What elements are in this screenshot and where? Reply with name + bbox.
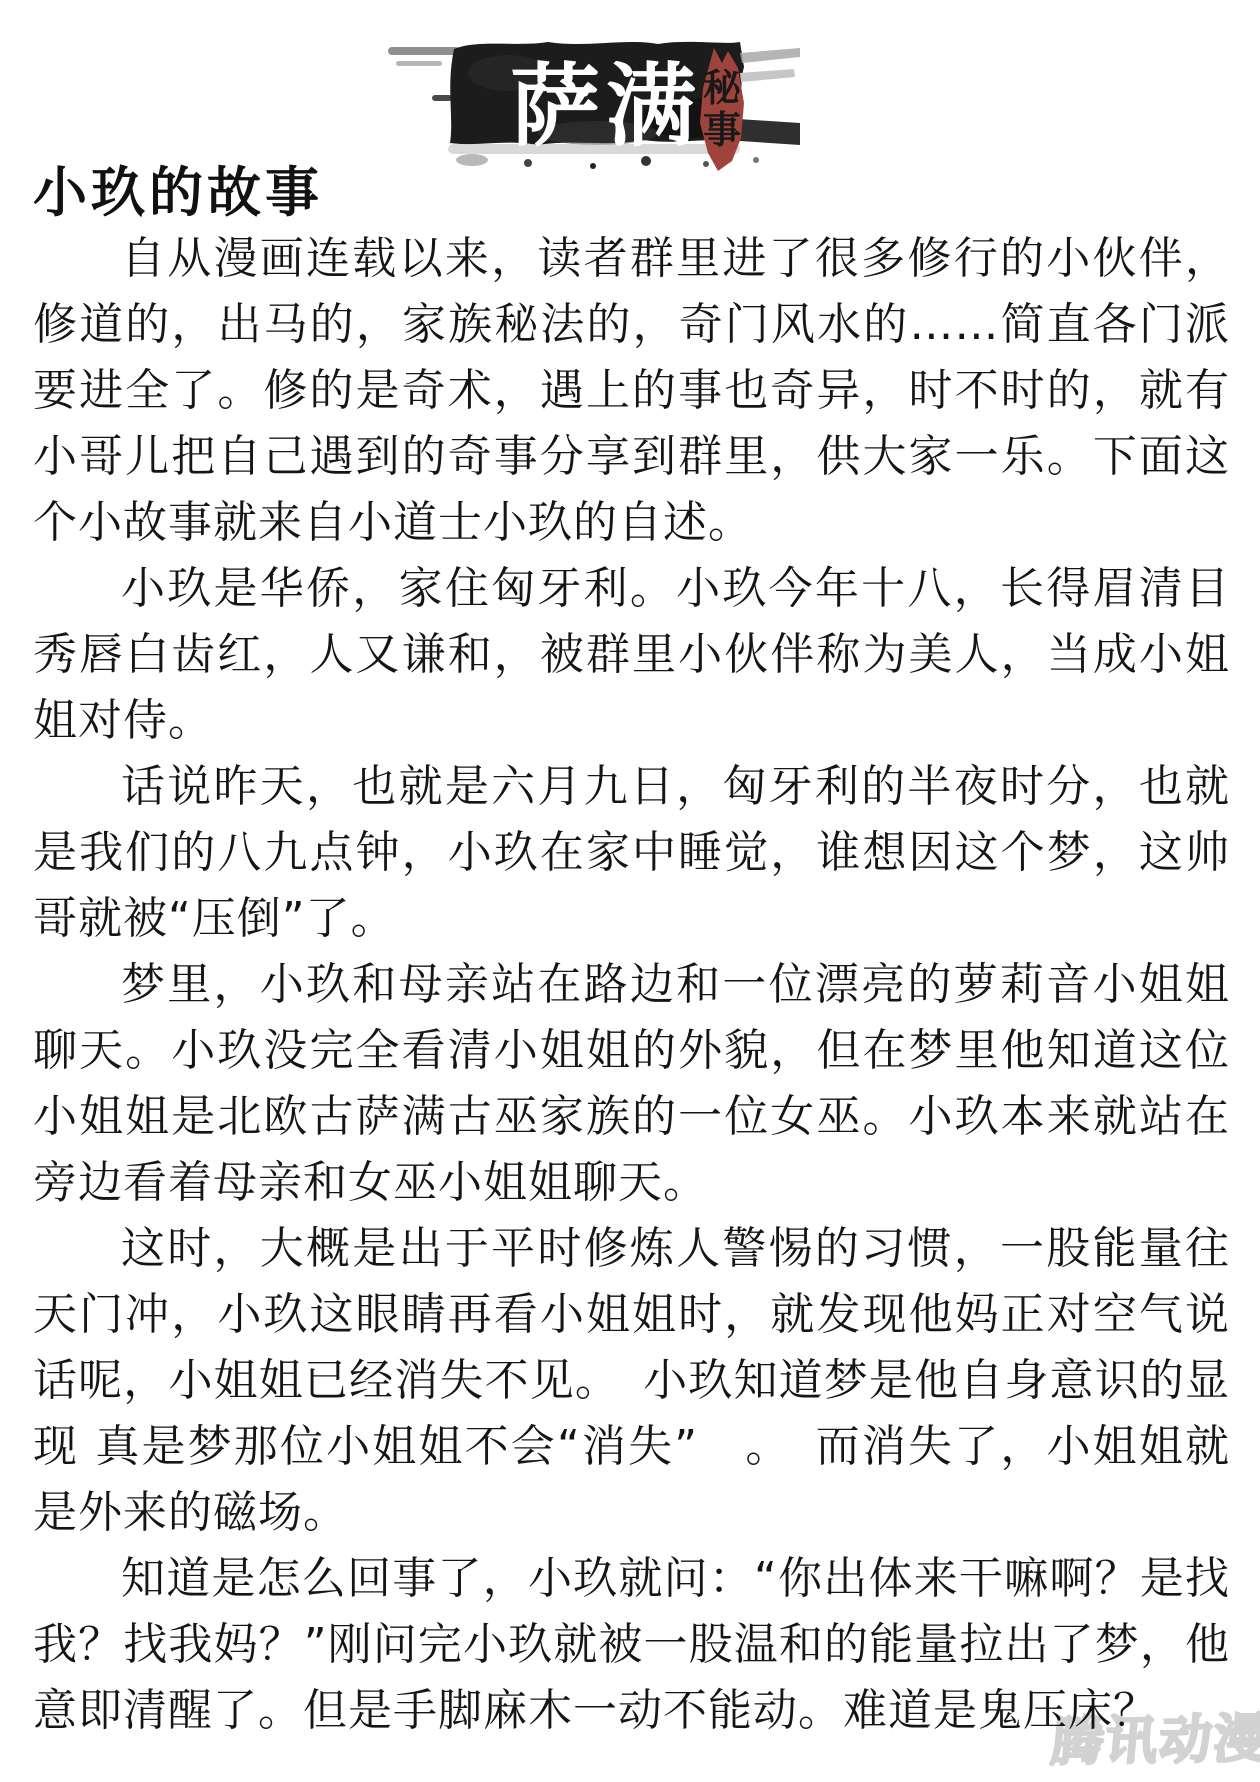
brush-streak-right-2	[740, 69, 795, 82]
ink-droplet	[590, 163, 596, 169]
brush-streak-right-3	[738, 119, 800, 145]
ink-smear	[456, 154, 488, 166]
ink-droplet	[524, 159, 532, 167]
logo-sub-char-2: 事	[703, 108, 741, 152]
story-paragraph-2: 小玖是华侨，家住匈牙利。小玖今年十八，长得眉清目秀唇白齿红，人又谦和，被群里小伙…	[33, 556, 1230, 754]
story-paragraph-3: 话说昨天，也就是六月九日，匈牙利的半夜时分，也就是我们的八九点钟，小玖在家中睡觉…	[33, 754, 1230, 952]
brush-streak-left	[388, 47, 460, 55]
ink-splash-logo: 萨满 秘 事	[388, 33, 800, 175]
story-body: 自从漫画连载以来，读者群里进了很多修行的小伙伴，修道的，出马的，家族秘法的，奇门…	[33, 226, 1230, 1744]
logo-sub-char-1: 秘	[703, 66, 742, 110]
ink-droplet	[753, 157, 759, 163]
ink-droplet	[703, 161, 709, 167]
story-paragraph-1: 自从漫画连载以来，读者群里进了很多修行的小伙伴，修道的，出马的，家族秘法的，奇门…	[33, 226, 1230, 556]
comic-text-page: 萨满 秘 事 小玖的故事 自从漫画连载以来，读者群里进了很多修行的小伙伴，修道的…	[0, 0, 1260, 1782]
story-paragraph-5: 这时，大概是出于平时修炼人警惕的习惯，一股能量往天门冲，小玖这眼睛再看小姐姐时，…	[33, 1216, 1230, 1546]
brush-streak-left-2	[396, 61, 442, 66]
story-paragraph-4: 梦里，小玖和母亲站在路边和一位漂亮的萝莉音小姐姐聊天。小玖没完全看清小姐姐的外貌…	[33, 952, 1230, 1216]
story-paragraph-6: 知道是怎么回事了，小玖就问：“你出体来干嘛啊？是找我？找我妈？”刚问完小玖就被一…	[33, 1546, 1230, 1744]
logo-main-text: 萨满	[510, 54, 702, 159]
shaman-logo: 萨满 秘 事	[388, 33, 800, 175]
story-title: 小玖的故事	[33, 163, 323, 223]
brush-streak-left-3	[432, 95, 452, 101]
brush-streak-right	[740, 48, 800, 63]
